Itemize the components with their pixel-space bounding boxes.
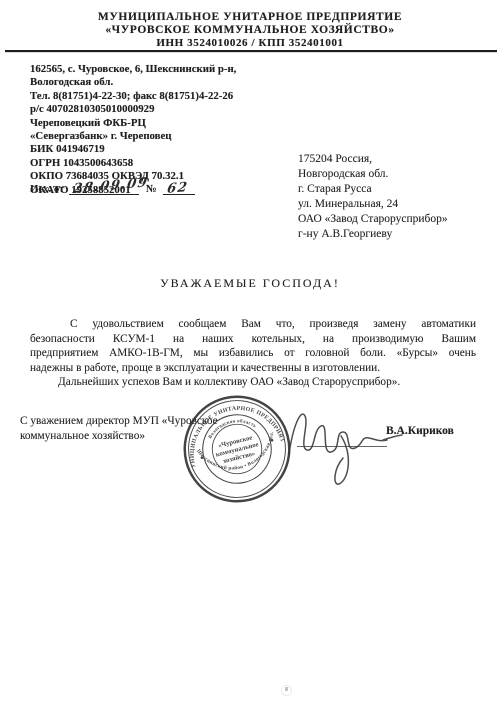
sender-line: БИК 041946719	[30, 143, 236, 156]
recipient-line: 175204 Россия,	[298, 152, 448, 167]
sender-line: «Севергазбанк» г. Череповец	[30, 130, 236, 143]
outgoing-reference: Исх. от 28.09.09 № 62	[30, 181, 195, 195]
letterhead-org-name: «ЧУРОВСКОЕ КОММУНАЛЬНОЕ ХОЗЯЙСТВО»	[0, 24, 500, 36]
outgoing-number-underline: 62	[163, 181, 195, 195]
sender-line: р/с 40702810305010000929	[30, 103, 236, 116]
sender-line: 162565, с. Чуровское, 6, Шекснинский р-н…	[30, 63, 236, 76]
body-line: безопасности КСУМ-1 на наших котельных, …	[30, 332, 476, 347]
handwritten-number: 62	[166, 180, 189, 197]
letterhead-org-type: МУНИЦИПАЛЬНОЕ УНИТАРНОЕ ПРЕДПРИЯТИЕ	[0, 11, 500, 23]
salutation: УВАЖАЕМЫЕ ГОСПОДА!	[0, 276, 500, 291]
sender-line: ОГРН 1043500643658	[30, 157, 236, 170]
recipient-address: 175204 Россия, Новгородская обл. г. Стар…	[298, 152, 448, 242]
recipient-line: г. Старая Русса	[298, 182, 448, 197]
sender-line: Тел. 8(81751)4-22-30; факс 8(81751)4-22-…	[30, 90, 236, 103]
letter-body: С удовольствием сообщаем Вам что, произв…	[30, 317, 476, 390]
body-line: С удовольствием сообщаем Вам что, произв…	[30, 317, 476, 332]
sender-line: Вологодская обл.	[30, 76, 236, 89]
sender-line: Череповецкий ФКБ-РЦ	[30, 117, 236, 130]
recipient-line: ОАО «Завод Старорусприбор»	[298, 212, 448, 227]
handwritten-signature	[283, 396, 408, 488]
outgoing-prefix: Исх. от	[30, 183, 64, 195]
outgoing-date-underline: 28.09.09	[69, 181, 139, 195]
scanned-letter-page: МУНИЦИПАЛЬНОЕ УНИТАРНОЕ ПРЕДПРИЯТИЕ «ЧУР…	[0, 0, 500, 714]
body-line: надежны в работе, проще в эксплуатации и…	[30, 361, 476, 376]
recipient-line: Новгородская обл.	[298, 167, 448, 182]
recipient-line: г-ну А.В.Георгиеву	[298, 227, 448, 242]
letterhead-divider	[5, 50, 497, 52]
body-line: предприятием АМКО-1В-ГМ, мы избавились о…	[30, 346, 476, 361]
scan-artifact-dot	[281, 685, 292, 696]
letterhead-inn-kpp: ИНН 3524010026 / КПП 352401001	[0, 37, 500, 49]
recipient-line: ул. Минеральная, 24	[298, 197, 448, 212]
